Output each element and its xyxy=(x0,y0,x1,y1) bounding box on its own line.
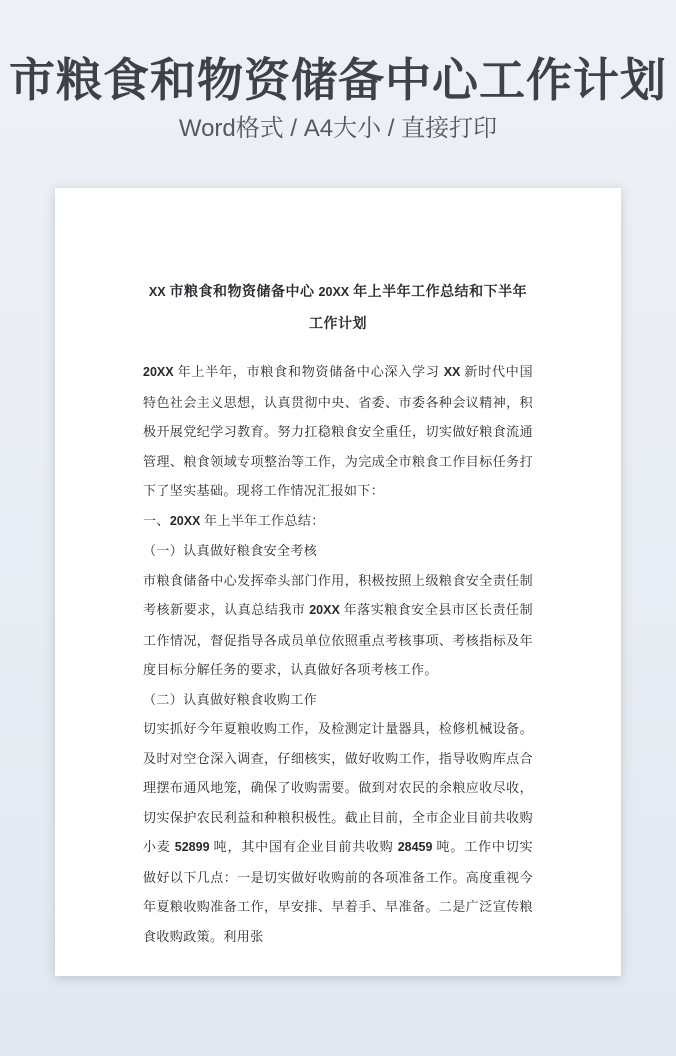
template-title: 市粮食和物资储备中心工作计划 xyxy=(0,54,676,106)
document-page: XX 市粮食和物资储备中心 20XX 年上半年工作总结和下半年 工作计划 20X… xyxy=(55,188,621,976)
document-title-line-2: 工作计划 xyxy=(143,309,533,341)
document-title: XX 市粮食和物资储备中心 20XX 年上半年工作总结和下半年 工作计划 xyxy=(143,276,533,341)
doc-heading-sub-1: （一）认真做好粮食安全考核 xyxy=(143,536,533,566)
doc-heading-section-1: 一、20XX 年上半年工作总结： xyxy=(143,506,533,537)
doc-heading-sub-2: （二）认真做好粮食收购工作 xyxy=(143,685,533,715)
template-header: 市粮食和物资储备中心工作计划 Word格式 / A4大小 / 直接打印 xyxy=(0,0,676,144)
doc-paragraph-procurement: 切实抓好今年夏粮收购工作，及检测定计量器具，检修机械设备。及时对空仓深入调查，仔… xyxy=(143,714,533,951)
template-subtitle: Word格式 / A4大小 / 直接打印 xyxy=(0,114,676,144)
doc-paragraph-assessment: 市粮食储备中心发挥牵头部门作用，积极按照上级粮食安全责任制考核新要求，认真总结我… xyxy=(143,566,533,685)
document-title-line-1: XX 市粮食和物资储备中心 20XX 年上半年工作总结和下半年 xyxy=(143,276,533,309)
document-body: 20XX 年上半年，市粮食和物资储备中心深入学习 XX 新时代中国特色社会主义思… xyxy=(143,357,533,951)
page-background: { "header": { "title": "市粮食和物资储备中心工作计划",… xyxy=(0,0,676,1056)
doc-paragraph-intro: 20XX 年上半年，市粮食和物资储备中心深入学习 XX 新时代中国特色社会主义思… xyxy=(143,357,533,506)
